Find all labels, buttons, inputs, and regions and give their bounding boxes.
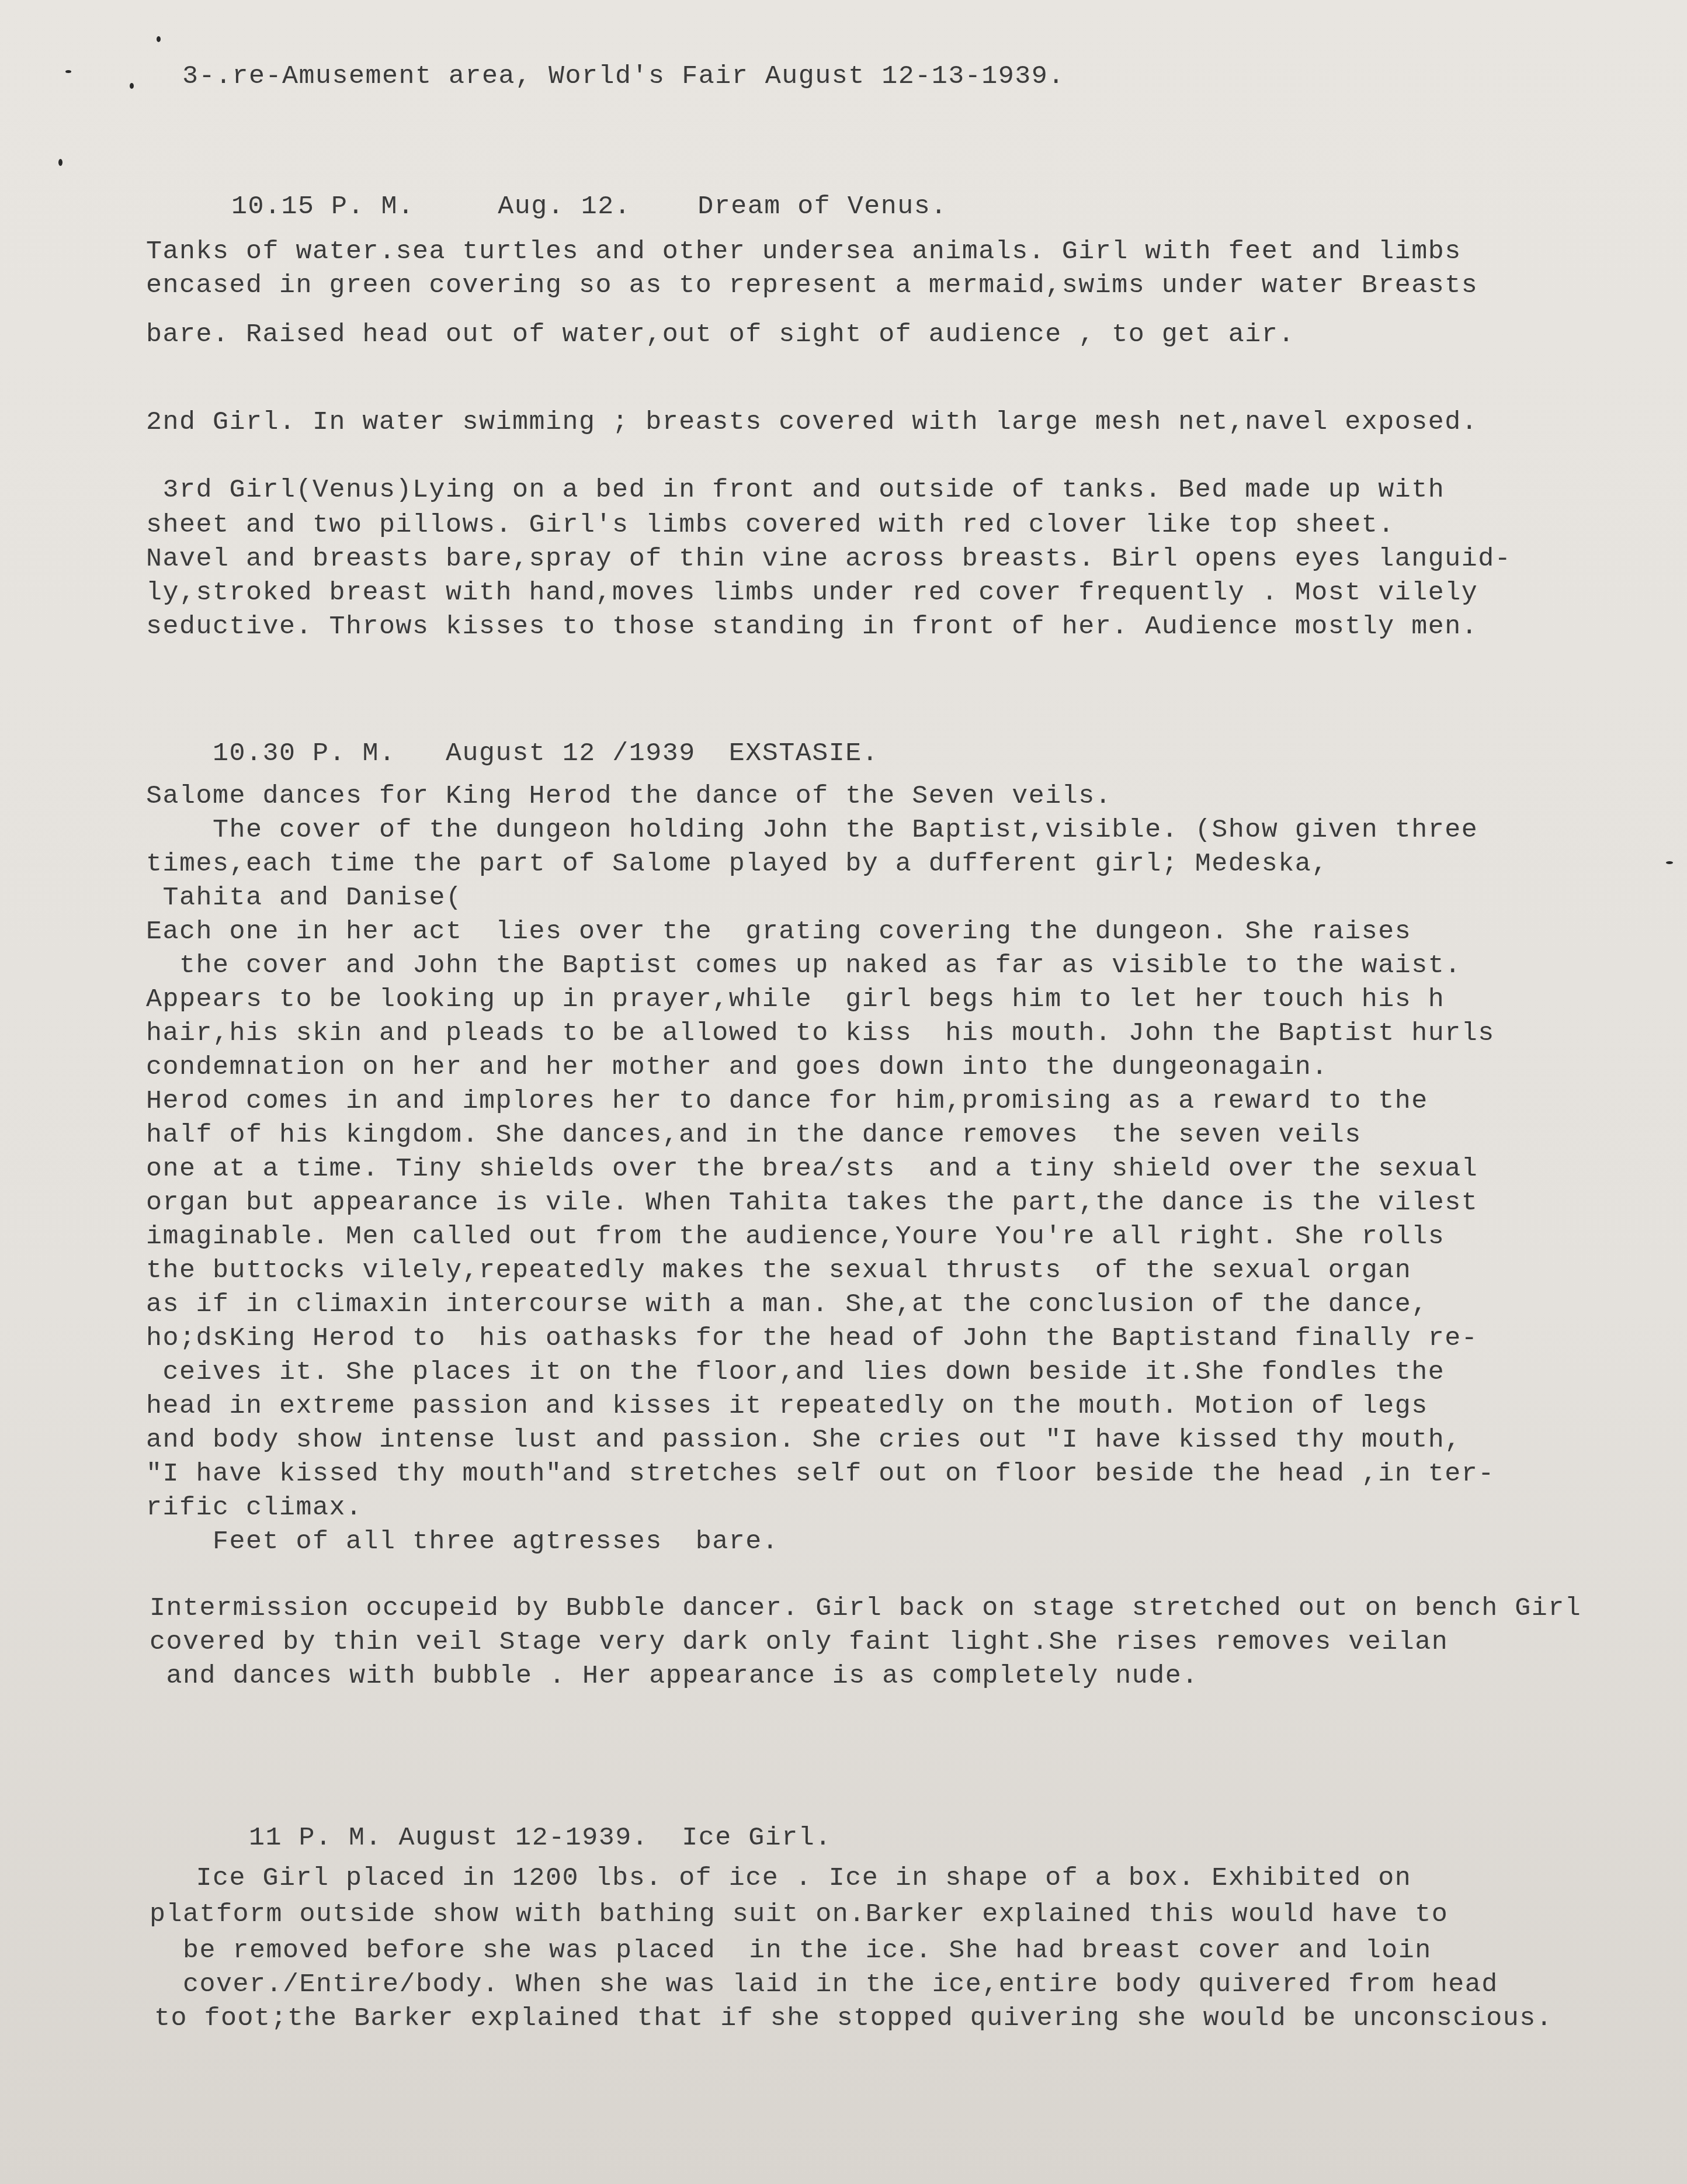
- typewritten-page: 3-.re-Amusement area, World's Fair Augus…: [0, 0, 1687, 2184]
- text-line: encased in green covering so as to repre…: [146, 272, 1478, 299]
- section-date: August 12 /1939: [446, 739, 696, 768]
- section-date: August 12-1939.: [399, 1823, 649, 1853]
- text-line: and body show intense lust and passion. …: [146, 1427, 1462, 1453]
- section-time: 11 P. M.: [249, 1823, 382, 1853]
- ink-speck: [65, 70, 71, 73]
- text-line: head in extreme passion and kisses it re…: [146, 1393, 1428, 1419]
- section-title: Dream of Venus.: [697, 192, 947, 221]
- text-line: imaginable. Men called out from the audi…: [146, 1223, 1445, 1250]
- text-line: ceives it. She places it on the floor,an…: [146, 1359, 1445, 1385]
- text-line: The cover of the dungeon holding John th…: [146, 817, 1478, 843]
- section-date: Aug. 12.: [498, 192, 631, 221]
- text-line: one at a time. Tiny shields over the bre…: [146, 1156, 1478, 1182]
- text-line: and dances with bubble . Her appearance …: [150, 1663, 1199, 1689]
- text-line: the buttocks vilely,repeatedly makes the…: [146, 1257, 1411, 1284]
- text-line: Intermission occupeid by Bubble dancer. …: [150, 1595, 1581, 1621]
- ink-speck: [58, 159, 63, 166]
- text-line: rific climax.: [146, 1495, 363, 1521]
- text-line: ho;dsKing Herod to his oathasks for the …: [146, 1325, 1478, 1351]
- text-line: hair,his skin and pleads to be allowed t…: [146, 1020, 1495, 1046]
- text-line: covered by thin veil Stage very dark onl…: [150, 1629, 1448, 1655]
- section-time: 10.15 P. M.: [231, 192, 415, 221]
- text-line: 3rd Girl(Venus)Lying on a bed in front a…: [146, 477, 1445, 503]
- text-line: bare. Raised head out of water,out of si…: [146, 321, 1295, 348]
- text-line: Tanks of water.sea turtles and other und…: [146, 238, 1462, 265]
- text-line: as if in climaxin intercourse with a man…: [146, 1291, 1428, 1318]
- ink-speck: [130, 83, 134, 89]
- ink-speck: [157, 36, 161, 42]
- ink-speck: [1666, 861, 1673, 864]
- text-line: Feet of all three agtresses bare.: [146, 1528, 779, 1555]
- text-line: Ice Girl placed in 1200 lbs. of ice . Ic…: [146, 1865, 1411, 1891]
- text-line: Each one in her act lies over the gratin…: [146, 918, 1411, 945]
- text-line: Appears to be looking up in prayer,while…: [146, 986, 1445, 1013]
- text-line: half of his kingdom. She dances,and in t…: [146, 1122, 1362, 1148]
- text-line: Salome dances for King Herod the dance o…: [146, 783, 1112, 809]
- section-time: 10.30 P. M.: [213, 739, 396, 768]
- text-line: seductive. Throws kisses to those standi…: [146, 613, 1478, 640]
- text-line: Tahita and Danise(: [146, 885, 463, 911]
- text-line: sheet and two pillows. Girl's limbs cove…: [146, 512, 1395, 538]
- text-line: platform outside show with bathing suit …: [150, 1901, 1448, 1928]
- text-line: be removed before she was placed in the …: [150, 1937, 1432, 1964]
- section-heading-dream-of-venus: 10.15 P. M. Aug. 12. Dream of Venus.: [165, 167, 947, 246]
- text-line: cover./Entire/body. When she was laid in…: [150, 1971, 1498, 1998]
- text-line: organ but appearance is vile. When Tahit…: [146, 1190, 1478, 1216]
- text-line: times,each time the part of Salome playe…: [146, 851, 1328, 877]
- text-line: 2nd Girl. In water swimming ; breasts co…: [146, 409, 1478, 435]
- document-header: 3-.re-Amusement area, World's Fair Augus…: [182, 63, 1065, 89]
- text-line: the cover and John the Baptist comes up …: [146, 952, 1462, 979]
- section-title: EXSTASIE.: [729, 739, 879, 768]
- text-line: ly,stroked breast with hand,moves limbs …: [146, 580, 1478, 606]
- text-line: "I have kissed thy mouth"and stretches s…: [146, 1461, 1495, 1487]
- text-line: to foot;the Barker explained that if she…: [154, 2005, 1553, 2032]
- text-line: condemnation on her and her mother and g…: [146, 1054, 1328, 1080]
- text-line: Herod comes in and implores her to dance…: [146, 1088, 1428, 1114]
- section-title: Ice Girl.: [682, 1823, 832, 1853]
- text-line: Navel and breasts bare,spray of thin vin…: [146, 546, 1511, 572]
